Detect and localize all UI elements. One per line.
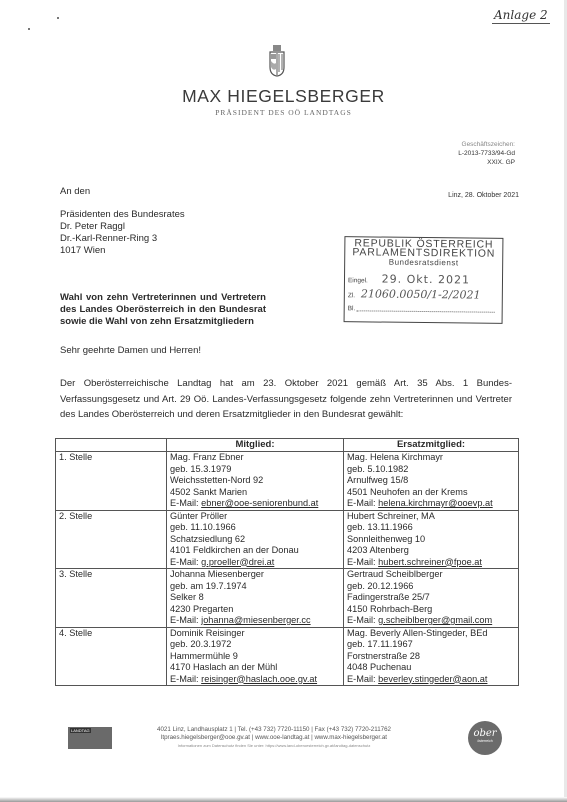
substitute-email-line: E-Mail: beverley.stingeder@aon.at (347, 674, 515, 686)
member-born: geb. am 19.7.1974 (170, 581, 340, 593)
substitute-born: geb. 20.12.1966 (347, 581, 515, 593)
substitute-name: Mag. Helena Kirchmayr (347, 452, 515, 464)
email-label: E-Mail: (347, 615, 376, 625)
address-line: Präsidenten des Bundesrates (60, 209, 185, 221)
letterhead-title: PRÄSIDENT DES OÖ LANDTAGS (0, 108, 567, 117)
table-row: 2. StelleGünter Pröllergeb. 11.10.1966Sc… (56, 510, 519, 569)
substitute-cell: Gertraud Scheiblbergergeb. 20.12.1966Fad… (344, 569, 519, 628)
member-name: Dominik Reisinger (170, 628, 340, 640)
stamp-received-label: Eingel. (348, 277, 368, 284)
stamp-bl-row: Bl. (348, 305, 498, 314)
substitute-email-line: E-Mail: helena.kirchmayr@ooevp.at (347, 498, 515, 510)
member-email-line: E-Mail: johanna@miesenberger.cc (170, 615, 340, 627)
member-name: Johanna Miesenberger (170, 569, 340, 581)
substitute-born: geb. 13.11.1966 (347, 522, 515, 534)
table-row: 1. StelleMag. Franz Ebnergeb. 15.3.1979W… (56, 452, 519, 511)
member-email-link[interactable]: ebner@ooe-seniorenbund.at (201, 498, 318, 508)
member-name: Mag. Franz Ebner (170, 452, 340, 464)
substitute-name: Mag. Beverly Allen-Stingeder, BEd (347, 628, 515, 640)
header-member: Mitglied: (167, 439, 344, 452)
member-born: geb. 15.3.1979 (170, 464, 340, 476)
letter-subject: Wahl von zehn Vertreterinnen und Vertret… (60, 292, 266, 328)
stamp-zl-value: 21060.0050/1-2/2021 (361, 287, 481, 301)
email-label: E-Mail: (347, 498, 376, 508)
email-label: E-Mail: (170, 674, 199, 684)
recipient-intro: An den (60, 186, 90, 197)
header-substitute: Ersatzmitglied: (344, 439, 519, 452)
email-label: E-Mail: (347, 557, 376, 567)
footer-address: 4021 Linz, Landhausplatz 1 | Tel. (+43 7… (118, 726, 430, 734)
substitute-email-line: E-Mail: g.scheiblberger@gmail.com (347, 615, 515, 627)
substitute-cell: Mag. Helena Kirchmayrgeb. 5.10.1982Arnul… (344, 452, 519, 511)
member-email-link[interactable]: reisinger@haslach.ooe.gv.at (201, 674, 317, 684)
member-cell: Johanna Miesenbergergeb. am 19.7.1974Sel… (167, 569, 344, 628)
email-label: E-Mail: (347, 674, 376, 684)
landtag-logo-label: LANDTAG (70, 728, 91, 733)
substitute-street: Fadingerstraße 25/7 (347, 592, 515, 604)
stamp-bl-dotted-line (357, 310, 495, 312)
stamp-zl-label: Zl. (348, 292, 355, 299)
address-line: 1017 Wien (60, 245, 185, 257)
substitute-city: 4048 Puchenau (347, 662, 515, 674)
position-cell: 1. Stelle (56, 452, 167, 511)
members-table: Mitglied: Ersatzmitglied: 1. StelleMag. … (55, 438, 519, 686)
member-name: Günter Pröller (170, 511, 340, 523)
member-email-link[interactable]: g.proeller@drei.at (201, 557, 274, 567)
stamp-received-value: 29. Okt. 2021 (382, 273, 470, 287)
member-born: geb. 11.10.1966 (170, 522, 340, 534)
substitute-street: Arnulfweg 15/8 (347, 475, 515, 487)
substitute-email-link[interactable]: beverley.stingeder@aon.at (378, 674, 487, 684)
stamp-bl-label: Bl. (348, 305, 356, 312)
stamp-department: Bundesratsdienst (345, 257, 502, 268)
stamp-received-row: Eingel. 29. Okt. 2021 (348, 272, 470, 286)
scan-speck (57, 17, 59, 19)
brand-mark: ober (468, 728, 502, 739)
substitute-born: geb. 5.10.1982 (347, 464, 515, 476)
header-position (56, 439, 167, 452)
table-row: 3. StelleJohanna Miesenbergergeb. am 19.… (56, 569, 519, 628)
member-email-line: E-Mail: reisinger@haslach.ooe.gv.at (170, 674, 340, 686)
email-label: E-Mail: (170, 498, 199, 508)
member-cell: Günter Pröllergeb. 11.10.1966Schatzsiedl… (167, 510, 344, 569)
position-cell: 3. Stelle (56, 569, 167, 628)
substitute-street: Forstnerstraße 28 (347, 651, 515, 663)
substitute-cell: Hubert Schreiner, MAgeb. 13.11.1966Sonnl… (344, 510, 519, 569)
address-line: Dr.-Karl-Renner-Ring 3 (60, 233, 185, 245)
recipient-address: Präsidenten des Bundesrates Dr. Peter Ra… (60, 209, 185, 257)
member-street: Weichsstetten-Nord 92 (170, 475, 340, 487)
substitute-born: geb. 17.11.1967 (347, 639, 515, 651)
member-city: 4230 Pregarten (170, 604, 340, 616)
member-street: Selker 8 (170, 592, 340, 604)
member-city: 4101 Feldkirchen an der Donau (170, 545, 340, 557)
receipt-stamp: REPUBLIK ÖSTERREICH PARLAMENTSDIREKTION … (344, 236, 504, 324)
letter-date: Linz, 28. Oktober 2021 (448, 192, 519, 199)
member-email-line: E-Mail: ebner@ooe-seniorenbund.at (170, 498, 340, 510)
address-line: Dr. Peter Raggl (60, 221, 185, 233)
oberoesterreich-logo: ober österreich (468, 721, 502, 755)
handwritten-annex-note: Anlage 2 (492, 8, 550, 24)
stamp-zl-row: Zl. 21060.0050/1-2/2021 (348, 287, 481, 301)
member-cell: Mag. Franz Ebnergeb. 15.3.1979Weichsstet… (167, 452, 344, 511)
substitute-city: 4203 Altenberg (347, 545, 515, 557)
member-born: geb. 20.3.1972 (170, 639, 340, 651)
member-city: 4170 Haslach an der Mühl (170, 662, 340, 674)
member-email-line: E-Mail: g.proeller@drei.at (170, 557, 340, 569)
scan-speck (28, 28, 30, 30)
member-street: Schatzsiedlung 62 (170, 534, 340, 546)
body-paragraph: Der Oberösterreichische Landtag hat am 2… (60, 376, 512, 423)
member-email-link[interactable]: johanna@miesenberger.cc (201, 615, 310, 625)
reference-label: Geschäftszeichen: (458, 140, 515, 149)
reference-block: Geschäftszeichen: L-2013-7733/94-Gd XXIX… (458, 140, 515, 167)
position-cell: 4. Stelle (56, 627, 167, 686)
footer-privacy: Informationen zum Datenschutz finden Sie… (118, 742, 430, 750)
brand-sub: österreich (468, 739, 502, 743)
table-row: 4. StelleDominik Reisingergeb. 20.3.1972… (56, 627, 519, 686)
table-header-row: Mitglied: Ersatzmitglied: (56, 439, 519, 452)
footer-web: ltpraes.hiegelsberger@ooe.gv.at | www.oo… (118, 734, 430, 742)
stamp-heading: REPUBLIK ÖSTERREICH PARLAMENTSDIREKTION (345, 239, 502, 259)
member-cell: Dominik Reisingergeb. 20.3.1972Hammermüh… (167, 627, 344, 686)
reference-period: XXIX. GP (458, 158, 515, 167)
substitute-street: Sonnleithenweg 10 (347, 534, 515, 546)
substitute-city: 4150 Rohrbach-Berg (347, 604, 515, 616)
substitute-name: Gertraud Scheiblberger (347, 569, 515, 581)
greeting: Sehr geehrte Damen und Herren! (60, 345, 201, 356)
landtag-logo: LANDTAG (68, 727, 112, 749)
member-city: 4502 Sankt Marien (170, 487, 340, 499)
substitute-email-line: E-Mail: hubert.schreiner@fpoe.at (347, 557, 515, 569)
letterhead-name: MAX HIEGELSBERGER (0, 86, 567, 107)
reference-number: L-2013-7733/94-Gd (458, 149, 515, 158)
position-cell: 2. Stelle (56, 510, 167, 569)
scan-bottom-edge (0, 797, 567, 802)
email-label: E-Mail: (170, 557, 199, 567)
footer-contact: 4021 Linz, Landhausplatz 1 | Tel. (+43 7… (118, 726, 430, 750)
coat-of-arms-icon (267, 45, 287, 77)
substitute-email-link[interactable]: helena.kirchmayr@ooevp.at (378, 498, 493, 508)
email-label: E-Mail: (170, 615, 199, 625)
substitute-email-link[interactable]: g.scheiblberger@gmail.com (378, 615, 492, 625)
member-street: Hammermühle 9 (170, 651, 340, 663)
substitute-name: Hubert Schreiner, MA (347, 511, 515, 523)
substitute-city: 4501 Neuhofen an der Krems (347, 487, 515, 499)
substitute-cell: Mag. Beverly Allen-Stingeder, BEdgeb. 17… (344, 627, 519, 686)
substitute-email-link[interactable]: hubert.schreiner@fpoe.at (378, 557, 482, 567)
